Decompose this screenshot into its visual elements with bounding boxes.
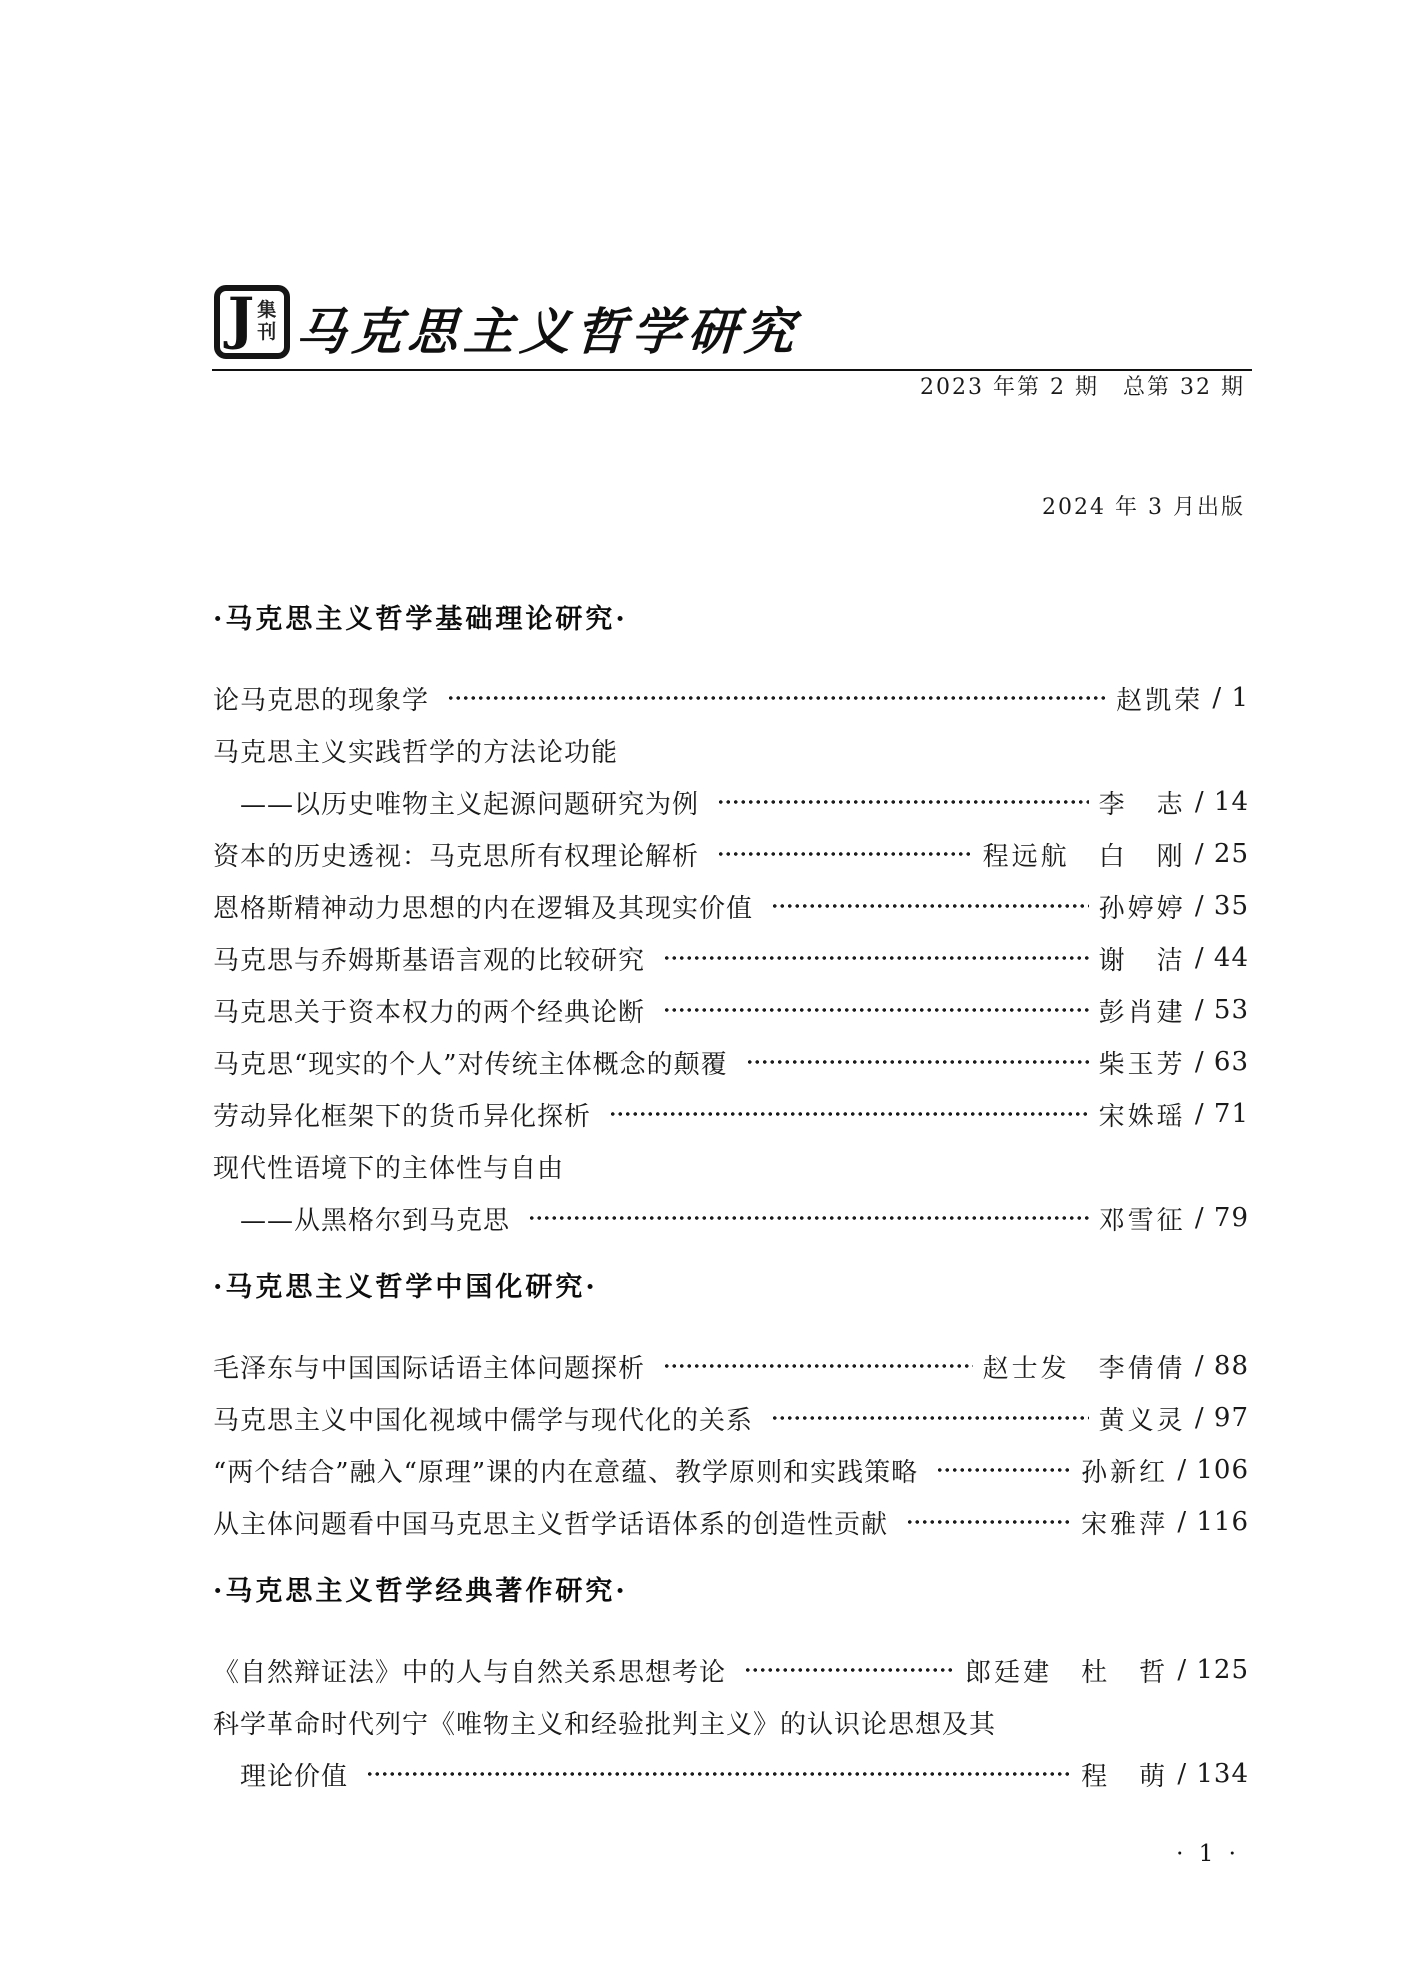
entry-title: 理论价值 xyxy=(240,1756,348,1793)
toc-entry: 恩格斯精神动力思想的内在逻辑及其现实价值孙婷婷 / 35 xyxy=(213,880,1249,932)
leader-dots xyxy=(904,1519,1071,1525)
entry-page: / 79 xyxy=(1186,1203,1249,1233)
leader-dots xyxy=(607,1111,1089,1117)
entry-page: / 97 xyxy=(1186,1403,1249,1433)
entry-authors: 邓雪征 xyxy=(1099,1200,1186,1237)
section-heading: ·马克思主义哲学经典著作研究· xyxy=(213,1566,1249,1618)
leader-dots xyxy=(364,1771,1071,1777)
leader-dots xyxy=(526,1215,1089,1221)
leader-dots xyxy=(934,1467,1071,1473)
leader-dots xyxy=(715,851,973,857)
entry-authors: 赵士发 李倩倩 xyxy=(983,1348,1186,1385)
entry-authors: 赵凯荣 xyxy=(1116,680,1203,717)
entry-authors: 孙新红 xyxy=(1081,1452,1168,1489)
toc-entry: ——从黑格尔到马克思邓雪征 / 79 xyxy=(213,1192,1249,1244)
entry-authors: 彭肖建 xyxy=(1099,992,1186,1029)
toc: ·马克思主义哲学基础理论研究·论马克思的现象学赵凯荣 / 1马克思主义实践哲学的… xyxy=(213,594,1249,1800)
entry-page: / 44 xyxy=(1186,943,1249,973)
entry-authors: 李 志 xyxy=(1099,784,1186,821)
entry-page: / 88 xyxy=(1186,1351,1249,1381)
leader-dots xyxy=(715,799,1089,805)
entry-title: 论马克思的现象学 xyxy=(213,680,429,717)
journal-title: 马克思主义哲学研究 xyxy=(294,292,802,364)
entry-title: ——从黑格尔到马克思 xyxy=(240,1200,510,1237)
entry-title: 马克思主义实践哲学的方法论功能 xyxy=(213,732,618,769)
logo-char-bottom: 刊 xyxy=(257,322,276,344)
entry-page: / 116 xyxy=(1168,1507,1249,1537)
entry-title: “两个结合”融入“原理”课的内在意蕴、教学原则和实践策略 xyxy=(213,1452,918,1489)
entry-title: 从主体问题看中国马克思主义哲学话语体系的创造性贡献 xyxy=(213,1504,888,1541)
toc-entry: 劳动异化框架下的货币异化探析宋姝瑶 / 71 xyxy=(213,1088,1249,1140)
section-heading: ·马克思主义哲学中国化研究· xyxy=(213,1262,1249,1314)
toc-entry: 理论价值程 萌 / 134 xyxy=(213,1748,1249,1800)
page-number: · 1 · xyxy=(1176,1841,1240,1867)
entry-title: 毛泽东与中国国际话语主体问题探析 xyxy=(213,1348,645,1385)
logo-j-glyph: J xyxy=(228,291,255,347)
entry-title: 马克思“现实的个人”对传统主体概念的颠覆 xyxy=(213,1044,728,1081)
leader-dots xyxy=(661,955,1089,961)
leader-dots xyxy=(769,1415,1089,1421)
toc-entry: 马克思关于资本权力的两个经典论断彭肖建 / 53 xyxy=(213,984,1249,1036)
entry-title: 科学革命时代列宁《唯物主义和经验批判主义》的认识论思想及其 xyxy=(213,1704,996,1741)
leader-dots xyxy=(769,903,1089,909)
entry-page: / 63 xyxy=(1186,1047,1249,1077)
entry-title: ——以历史唯物主义起源问题研究为例 xyxy=(240,784,699,821)
toc-entry: 从主体问题看中国马克思主义哲学话语体系的创造性贡献宋雅萍 / 116 xyxy=(213,1496,1249,1548)
entry-page: / 71 xyxy=(1186,1099,1249,1129)
leader-dots xyxy=(742,1667,955,1673)
entry-title: 现代性语境下的主体性与自由 xyxy=(213,1148,564,1185)
leader-dots xyxy=(744,1059,1089,1065)
entry-authors: 孙婷婷 xyxy=(1099,888,1186,925)
journal-logo: J 集 刊 xyxy=(214,285,290,359)
journal-toc-page: J 集 刊 马克思主义哲学研究 2023 年第 2 期 总第 32 期 2024… xyxy=(0,0,1421,1980)
entry-title: 恩格斯精神动力思想的内在逻辑及其现实价值 xyxy=(213,888,753,925)
entry-title: 马克思与乔姆斯基语言观的比较研究 xyxy=(213,940,645,977)
entry-title: 劳动异化框架下的货币异化探析 xyxy=(213,1096,591,1133)
entry-page: / 25 xyxy=(1186,839,1249,869)
leader-dots xyxy=(661,1363,973,1369)
toc-entry: 马克思“现实的个人”对传统主体概念的颠覆柴玉芳 / 63 xyxy=(213,1036,1249,1088)
toc-entry: 现代性语境下的主体性与自由 xyxy=(213,1140,1249,1192)
entry-title: 马克思关于资本权力的两个经典论断 xyxy=(213,992,645,1029)
leader-dots xyxy=(661,1007,1089,1013)
toc-entry: 《自然辩证法》中的人与自然关系思想考论郎廷建 杜 哲 / 125 xyxy=(213,1644,1249,1696)
toc-entry: 毛泽东与中国国际话语主体问题探析赵士发 李倩倩 / 88 xyxy=(213,1340,1249,1392)
toc-entry: 马克思主义中国化视域中儒学与现代化的关系黄义灵 / 97 xyxy=(213,1392,1249,1444)
entry-page: / 125 xyxy=(1168,1655,1249,1685)
logo-characters: 集 刊 xyxy=(257,300,276,344)
entry-authors: 宋雅萍 xyxy=(1081,1504,1168,1541)
entry-authors: 郎廷建 杜 哲 xyxy=(965,1652,1168,1689)
publish-date-line: 2024 年 3 月出版 xyxy=(920,488,1245,528)
entry-authors: 程 萌 xyxy=(1081,1756,1168,1793)
entry-authors: 程远航 白 刚 xyxy=(983,836,1186,873)
toc-entry: 马克思主义实践哲学的方法论功能 xyxy=(213,724,1249,776)
toc-entry: 科学革命时代列宁《唯物主义和经验批判主义》的认识论思想及其 xyxy=(213,1696,1249,1748)
entry-title: 资本的历史透视：马克思所有权理论解析 xyxy=(213,836,699,873)
toc-entry: ——以历史唯物主义起源问题研究为例李 志 / 14 xyxy=(213,776,1249,828)
entry-page: / 1 xyxy=(1203,683,1249,713)
toc-entry: 论马克思的现象学赵凯荣 / 1 xyxy=(213,672,1249,724)
entry-page: / 53 xyxy=(1186,995,1249,1025)
toc-entry: “两个结合”融入“原理”课的内在意蕴、教学原则和实践策略孙新红 / 106 xyxy=(213,1444,1249,1496)
entry-authors: 谢 洁 xyxy=(1099,940,1186,977)
issue-number-line: 2023 年第 2 期 总第 32 期 xyxy=(920,368,1245,408)
header-divider-rule xyxy=(212,369,1252,371)
entry-authors: 宋姝瑶 xyxy=(1099,1096,1186,1133)
entry-authors: 黄义灵 xyxy=(1099,1400,1186,1437)
entry-page: / 14 xyxy=(1186,787,1249,817)
logo-char-top: 集 xyxy=(257,300,276,322)
toc-entry: 马克思与乔姆斯基语言观的比较研究谢 洁 / 44 xyxy=(213,932,1249,984)
entry-page: / 106 xyxy=(1168,1455,1249,1485)
entry-authors: 柴玉芳 xyxy=(1099,1044,1186,1081)
entry-page: / 35 xyxy=(1186,891,1249,921)
leader-dots xyxy=(445,695,1106,701)
entry-title: 《自然辩证法》中的人与自然关系思想考论 xyxy=(213,1652,726,1689)
entry-page: / 134 xyxy=(1168,1759,1249,1789)
toc-entry: 资本的历史透视：马克思所有权理论解析程远航 白 刚 / 25 xyxy=(213,828,1249,880)
entry-title: 马克思主义中国化视域中儒学与现代化的关系 xyxy=(213,1400,753,1437)
issue-info: 2023 年第 2 期 总第 32 期 2024 年 3 月出版 xyxy=(920,288,1245,608)
section-heading: ·马克思主义哲学基础理论研究· xyxy=(213,594,1249,646)
